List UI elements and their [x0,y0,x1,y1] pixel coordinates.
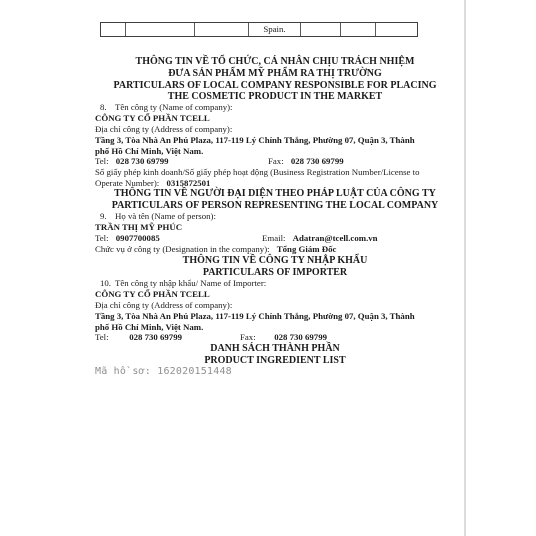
tel-number: 028 730 69799 [129,332,182,342]
importer-name-label: Tên công ty nhập khẩu/ Name of Importer: [115,278,266,289]
importer-address-label: Địa chỉ công ty (Address of company): [95,300,455,311]
email-label: Email: [262,233,285,243]
fax-number: 028 730 69799 [291,156,344,166]
representative-telemail-row: Tel: 0907700085 Email: Adatran@tcell.com… [95,233,455,244]
representative-heading-vi: THÔNG TIN VỀ NGƯỜI ĐẠI DIỆN THEO PHÁP LU… [95,188,455,200]
country-table-row: Spain. [100,22,418,37]
fax-number: 028 730 69799 [274,332,327,342]
table-cell [126,23,195,36]
importer-tel: Tel: 028 730 69799 [95,332,240,343]
dossier-label: Mã hồ sơ: [95,366,151,377]
responsible-tel: Tel: 028 730 69799 [95,156,268,167]
table-cell [101,23,126,36]
dossier-code: Mã hồ sơ: 162020151448 [95,366,455,377]
importer-heading-en: PARTICULARS OF IMPORTER [95,267,455,279]
item-10-label-row: 10. Tên công ty nhập khẩu/ Name of Impor… [95,278,455,289]
document-page: Spain. THÔNG TIN VỀ TỔ CHỨC, CÁ NHÂN CHỊ… [0,0,536,536]
document-content: THÔNG TIN VỀ TỔ CHỨC, CÁ NHÂN CHỊU TRÁCH… [0,56,536,377]
dossier-number: 162020151448 [157,366,232,377]
responsible-heading-en-line1: PARTICULARS OF LOCAL COMPANY RESPONSIBLE… [95,80,455,91]
importer-fax: Fax: 028 730 69799 [240,332,327,343]
responsible-heading-vi-line2: ĐƯA SẢN PHẨM MỸ PHẨM RA THỊ TRƯỜNG [95,68,455,80]
ingredient-list-heading-vi: DANH SÁCH THÀNH PHẦN [95,343,455,355]
item-9-label-row: 9. Họ và tên (Name of person): [95,211,455,222]
item-8-number: 8. [95,102,115,113]
responsible-address-label: Địa chỉ công ty (Address of company): [95,124,455,135]
responsible-heading-vi-line1: THÔNG TIN VỀ TỔ CHỨC, CÁ NHÂN CHỊU TRÁCH… [95,56,455,68]
responsible-company-name: CÔNG TY CỔ PHẦN TCELL [95,113,455,124]
tel-label: Tel: [95,156,109,166]
tel-label: Tel: [95,233,109,243]
table-cell [301,23,341,36]
representative-heading-en: PARTICULARS OF PERSON REPRESENTING THE L… [95,200,455,212]
person-name-label: Họ và tên (Name of person): [115,211,216,222]
importer-address: Tầng 3, Tòa Nhà An Phú Plaza, 117-119 Lý… [95,311,430,332]
table-cell [341,23,376,36]
tel-label: Tel: [95,332,127,343]
representative-email: Email: Adatran@tcell.com.vn [262,233,378,244]
company-name-label: Tên công ty (Name of company): [115,102,233,113]
responsible-address: Tầng 3, Tòa Nhà An Phú Plaza, 117-119 Lý… [95,135,430,156]
table-cell [195,23,249,36]
item-9-number: 9. [95,211,115,222]
registration-number: 0315872501 [166,178,210,188]
ingredient-list-heading-en: PRODUCT INGREDIENT LIST [95,355,455,367]
designation-value: Tổng Giám Đốc [277,244,337,254]
representative-tel: Tel: 0907700085 [95,233,262,244]
item-8-label-row: 8. Tên công ty (Name of company): [95,102,455,113]
responsible-fax: Fax: 028 730 69799 [268,156,344,167]
email-value: Adatran@tcell.com.vn [293,233,378,243]
fax-label: Fax: [268,156,284,166]
importer-company-name: CÔNG TY CỔ PHẦN TCELL [95,289,455,300]
representative-person-name: TRẦN THỊ MỸ PHÚC [95,222,455,233]
representative-designation-row: Chức vụ ở công ty (Designation in the co… [95,244,455,255]
item-10-number: 10. [95,278,115,289]
responsible-registration: Số giấy phép kinh doanh/Số giấy phép hoạ… [95,167,435,188]
importer-heading-vi: THÔNG TIN VỀ CÔNG TY NHẬP KHẨU [95,255,455,267]
registration-label: Số giấy phép kinh doanh/Số giấy phép hoạ… [95,167,419,188]
table-cell-country: Spain. [249,23,302,36]
designation-label: Chức vụ ở công ty (Designation in the co… [95,244,270,254]
tel-number: 028 730 69799 [116,156,169,166]
fax-label: Fax: [240,332,272,343]
tel-number: 0907700085 [116,233,160,243]
responsible-telfax-row: Tel: 028 730 69799 Fax: 028 730 69799 [95,156,455,167]
importer-telfax-row: Tel: 028 730 69799 Fax: 028 730 69799 [95,332,455,343]
responsible-heading-en-line2: THE COSMETIC PRODUCT IN THE MARKET [95,91,455,102]
table-cell [376,23,417,36]
